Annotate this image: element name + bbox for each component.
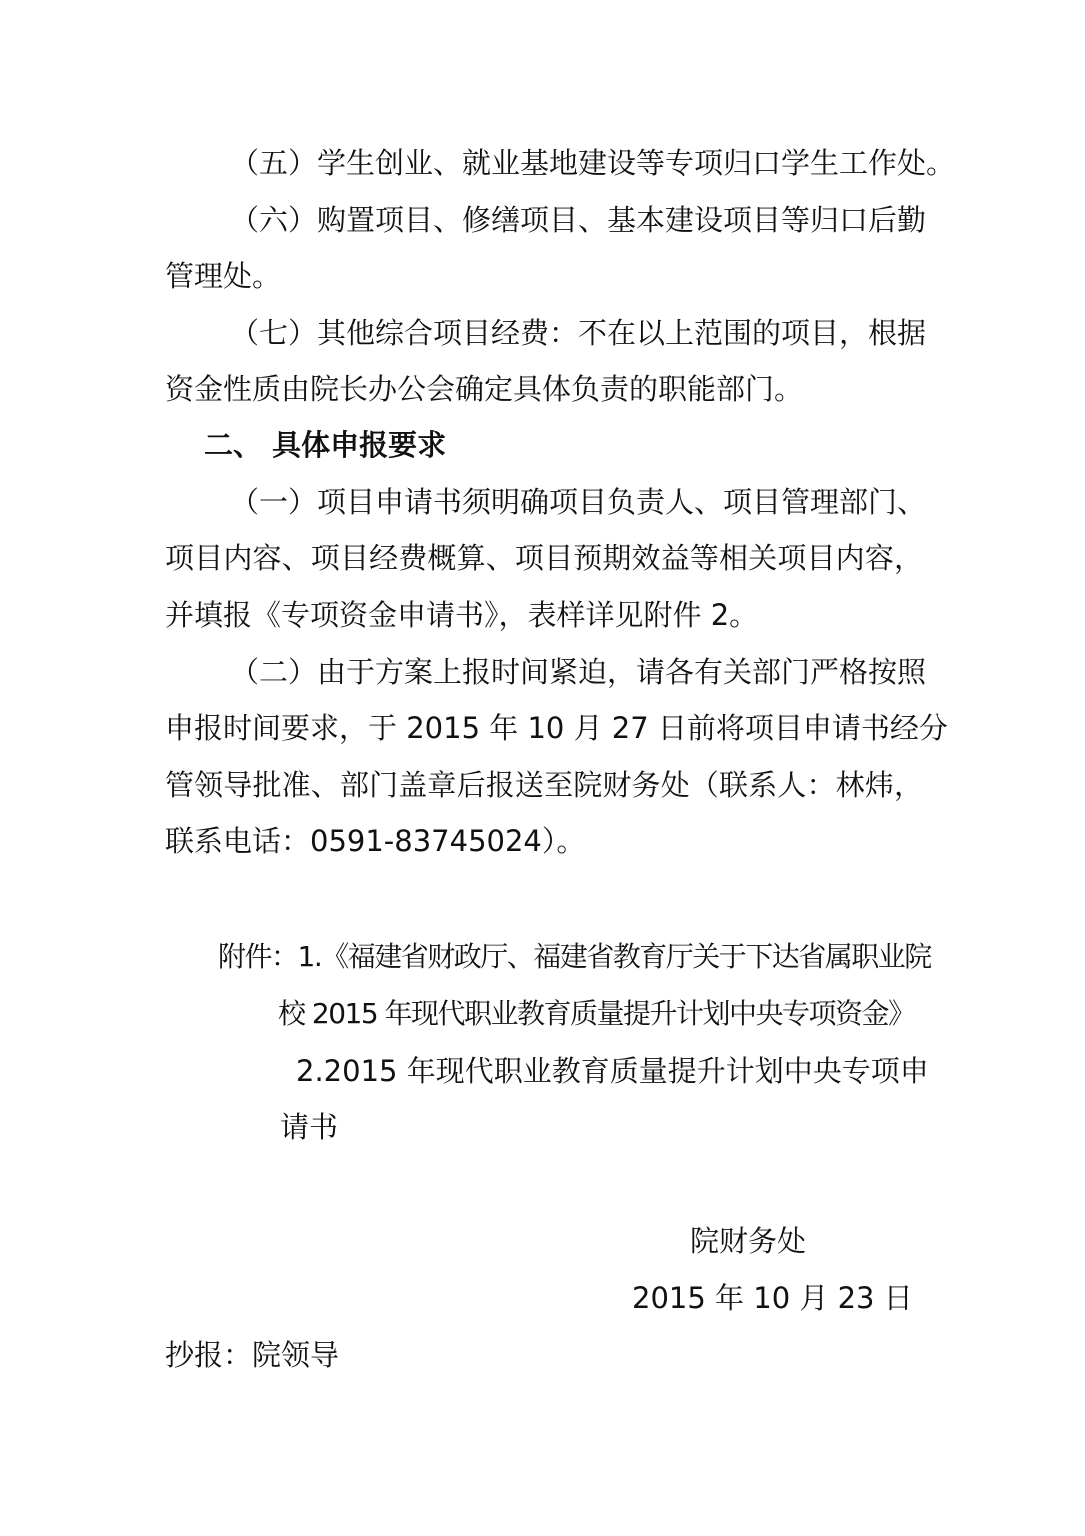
requirement-item-2-line-4: 联系电话：0591-83745024）。 (165, 821, 585, 861)
requirement-item-1-line-2: 项目内容、项目经费概算、项目预期效益等相关项目内容， (165, 538, 923, 578)
requirement-item-1-line-3: 并填报《专项资金申请书》，表样详见附件 2。 (165, 595, 758, 635)
cc-line: 抄报：院领导 (165, 1335, 339, 1375)
paragraph-item-5-line-1: （五）学生创业、就业基地建设等专项归口学生工作处。 (230, 143, 955, 183)
signature-department: 院财务处 (690, 1221, 806, 1261)
attachment-1-line-2: 校 2015 年现代职业教育质量提升计划中央专项资金》 (278, 994, 915, 1034)
signature-date: 2015 年 10 月 23 日 (632, 1278, 913, 1318)
requirement-item-2-line-2: 申报时间要求，于 2015 年 10 月 27 日前将项目申请书经分 (165, 708, 923, 748)
requirement-item-1-line-1: （一）项目申请书须明确项目负责人、项目管理部门、 (230, 482, 924, 522)
requirement-item-2-line-1: （二）由于方案上报时间紧迫，请各有关部门严格按照 (230, 652, 924, 692)
paragraph-item-7-line-1: （七）其他综合项目经费：不在以上范围的项目，根据 (230, 313, 924, 353)
attachment-2-line-1: 2.2015 年现代职业教育质量提升计划中央专项申 (296, 1051, 922, 1091)
attachment-2-line-2: 请书 (280, 1107, 338, 1147)
paragraph-item-6-line-2: 管理处。 (165, 256, 281, 296)
requirement-item-2-line-3: 管领导批准、部门盖章后报送至院财务处（联系人：林炜， (165, 765, 923, 805)
document-page: （五）学生创业、就业基地建设等专项归口学生工作处。 （六）购置项目、修缮项目、基… (0, 0, 1085, 1536)
paragraph-item-7-line-2: 资金性质由院长办公会确定具体负责的职能部门。 (165, 369, 803, 409)
paragraph-item-6-line-1: （六）购置项目、修缮项目、基本建设项目等归口后勤 (230, 200, 924, 240)
attachment-1-line-1: 附件：1.《福建省财政厅、福建省教育厅关于下达省属职业院 (218, 937, 928, 977)
section-heading-requirements: 二、 具体申报要求 (204, 425, 446, 465)
